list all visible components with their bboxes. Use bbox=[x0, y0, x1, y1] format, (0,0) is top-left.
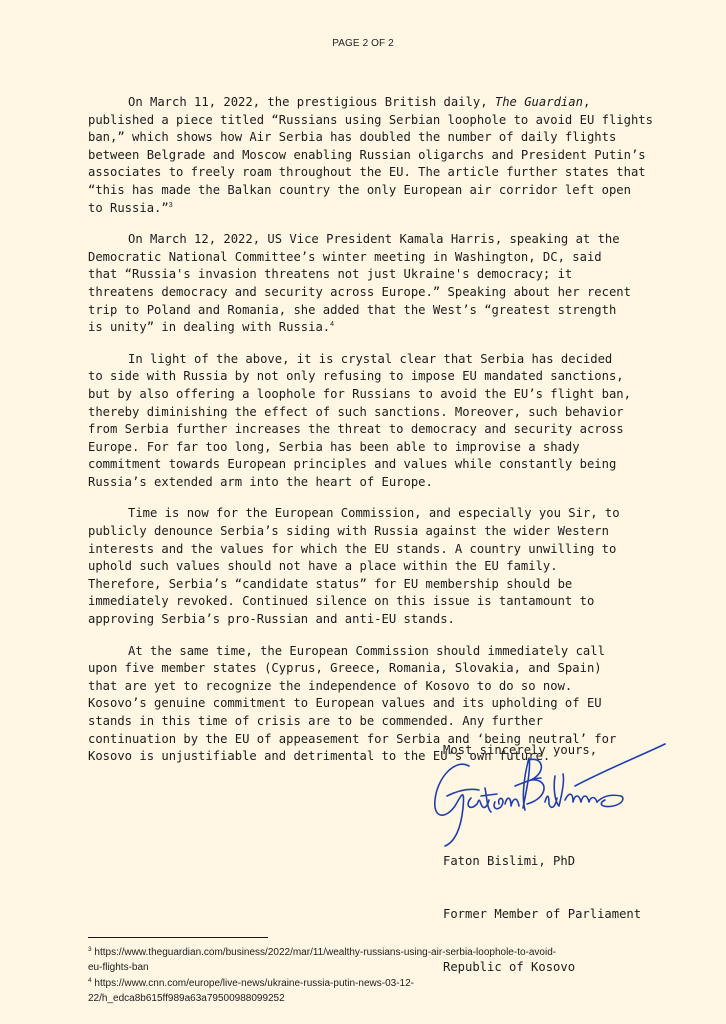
footnotes: 3 https://www.theguardian.com/business/2… bbox=[88, 945, 678, 1007]
paragraph-line: Russia’s extended arm into the heart of … bbox=[88, 474, 688, 492]
paragraph-line: immediately revoked. Continued silence o… bbox=[88, 593, 688, 611]
paragraph-line: approving Serbia’s pro-Russian and anti-… bbox=[88, 611, 688, 629]
paragraph-line: Kosovo’s genuine commitment to European … bbox=[88, 695, 688, 713]
paragraph-line: that are yet to recognize the independen… bbox=[88, 678, 688, 696]
signatory-name: Faton Bislimi, PhD bbox=[443, 853, 641, 871]
footnote-link-text[interactable]: eu-flights-ban bbox=[88, 960, 678, 975]
paragraph-line: that “Russia's invasion threatens not ju… bbox=[88, 266, 688, 284]
footnote-4: 4 https://www.cnn.com/europe/live-news/u… bbox=[88, 976, 678, 1007]
paragraph-line: from Serbia further increases the threat… bbox=[88, 421, 688, 439]
paragraph-line: On March 12, 2022, US Vice President Kam… bbox=[88, 231, 688, 249]
page-number-header: PAGE 2 OF 2 bbox=[0, 38, 726, 49]
paragraph-line: Time is now for the European Commission,… bbox=[88, 505, 688, 523]
paragraph-line: associates to freely roam throughout the… bbox=[88, 164, 688, 182]
paragraph-line: At the same time, the European Commissio… bbox=[88, 643, 688, 661]
footnote-link-text[interactable]: 4 https://www.cnn.com/europe/live-news/u… bbox=[88, 976, 678, 991]
letter-body: On March 11, 2022, the prestigious Briti… bbox=[88, 94, 688, 780]
footnote-link-text[interactable]: 22/h_edca8b615ff989a63a79500988099252 bbox=[88, 991, 678, 1006]
paragraph-line: between Belgrade and Moscow enabling Rus… bbox=[88, 147, 688, 165]
footnote-reference[interactable]: 4 bbox=[330, 321, 334, 328]
paragraph-line: to Russia.”3 bbox=[88, 200, 688, 218]
body-paragraph: In light of the above, it is crystal cle… bbox=[88, 351, 688, 492]
paragraph-line: trip to Poland and Romania, she added th… bbox=[88, 302, 688, 320]
body-paragraph: On March 12, 2022, US Vice President Kam… bbox=[88, 231, 688, 337]
paragraph-line: but by also offering a loophole for Russ… bbox=[88, 386, 688, 404]
paragraph-line: In light of the above, it is crystal cle… bbox=[88, 351, 688, 369]
footnote-number: 4 bbox=[88, 977, 92, 984]
footnote-reference[interactable]: 3 bbox=[169, 202, 173, 209]
paragraph-line: thereby diminishing the effect of such s… bbox=[88, 404, 688, 422]
paragraph-line: Democratic National Committee’s winter m… bbox=[88, 249, 688, 267]
paragraph-line: publicly denounce Serbia’s siding with R… bbox=[88, 523, 688, 541]
paragraph-line: interests and the values for which the E… bbox=[88, 541, 688, 559]
paragraph-line: Therefore, Serbia’s “candidate status” f… bbox=[88, 576, 688, 594]
paragraph-line: Europe. For far too long, Serbia has bee… bbox=[88, 439, 688, 457]
paragraph-line: uphold such values should not have a pla… bbox=[88, 558, 688, 576]
body-paragraph: On March 11, 2022, the prestigious Briti… bbox=[88, 94, 688, 217]
footnote-number: 3 bbox=[88, 946, 92, 953]
paragraph-line: ban,” which shows how Air Serbia has dou… bbox=[88, 129, 688, 147]
body-paragraph: Time is now for the European Commission,… bbox=[88, 505, 688, 628]
footnote-link-text[interactable]: 3 https://www.theguardian.com/business/2… bbox=[88, 945, 678, 960]
paragraph-line: threatens democracy and security across … bbox=[88, 284, 688, 302]
publication-title: The Guardian bbox=[495, 95, 583, 109]
paragraph-line: “this has made the Balkan country the on… bbox=[88, 182, 688, 200]
paragraph-line: On March 11, 2022, the prestigious Briti… bbox=[88, 94, 688, 112]
footnote-separator bbox=[88, 937, 268, 938]
paragraph-line: is unity” in dealing with Russia.4 bbox=[88, 319, 688, 337]
paragraph-line: commitment towards European principles a… bbox=[88, 456, 688, 474]
paragraph-line: stands in this time of crisis are to be … bbox=[88, 713, 688, 731]
footnote-3: 3 https://www.theguardian.com/business/2… bbox=[88, 945, 678, 976]
paragraph-line: upon five member states (Cyprus, Greece,… bbox=[88, 660, 688, 678]
signatory-title: Former Member of Parliament bbox=[443, 906, 641, 924]
paragraph-line: to side with Russia by not only refusing… bbox=[88, 368, 688, 386]
paragraph-line: published a piece titled “Russians using… bbox=[88, 112, 688, 130]
